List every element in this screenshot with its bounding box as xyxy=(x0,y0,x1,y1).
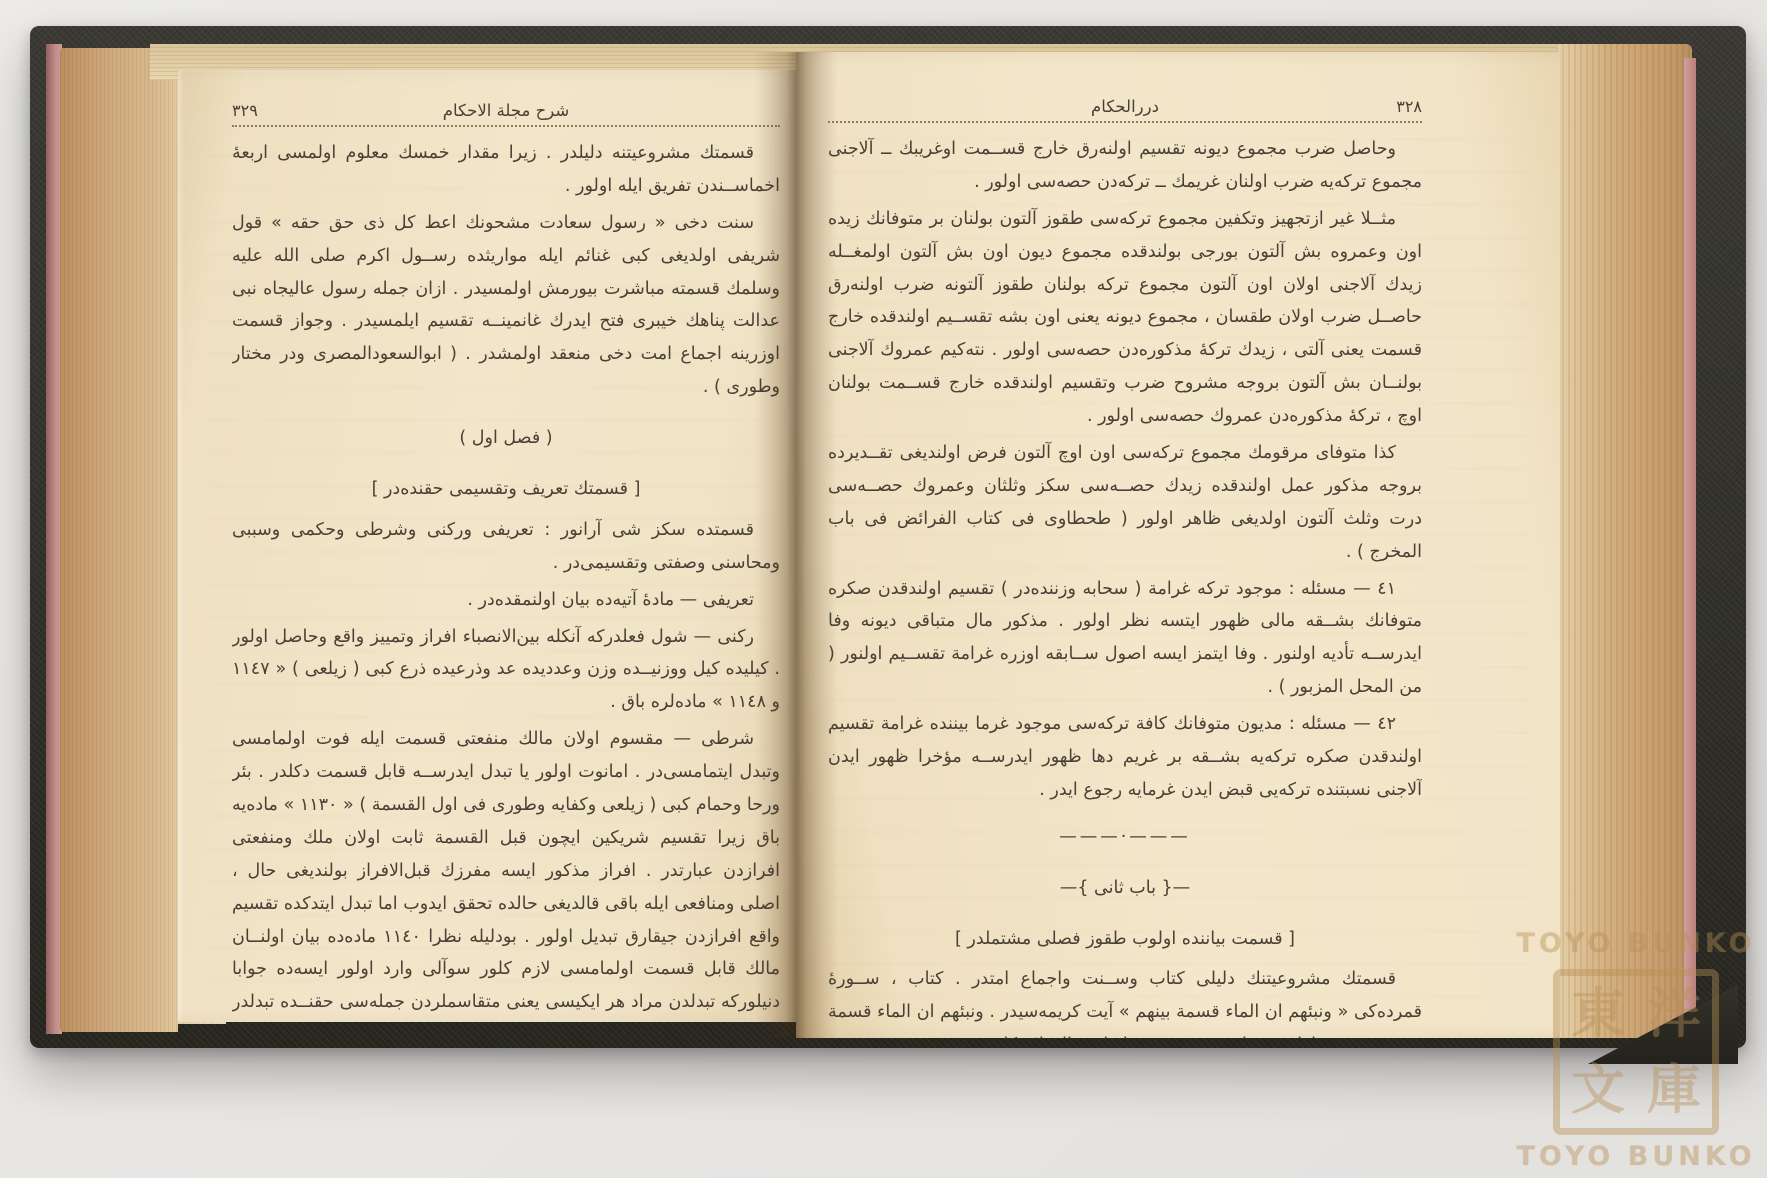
paragraph: مثــلا غير ازتجهيز وتكفين مجموع تركه‌سى … xyxy=(828,203,1422,433)
right-page-content: دررالحكام ٣٢٨ وحاصل ضرب مجموع ديونه تقسي… xyxy=(828,88,1422,1028)
left-page-body: قسمتك مشروعيتنه دليلدر . زيرا مقدار خمسك… xyxy=(232,137,780,1022)
paragraph: سنت دخى « رسول سعادت مشحونك اعط كل ذى حق… xyxy=(232,207,780,404)
watermark-bottom-text: TOYO BUNKO xyxy=(1511,1141,1761,1172)
section-heading: —{ باب ثانى }— xyxy=(828,872,1422,905)
right-page-header: دررالحكام ٣٢٨ xyxy=(828,88,1422,123)
paragraph: شرطى — مقسوم اولان مالك منفعتى قسمت ايله… xyxy=(232,723,780,1022)
section-heading: [ قسمت بياننده اولوب طقوز فصلى مشتملدر ] xyxy=(828,923,1422,956)
paragraph: قسمتك مشروعيتنه دليلدر . زيرا مقدار خمسك… xyxy=(232,137,780,203)
left-page-content: ٣٢٩ شرح مجلة الاحكام قسمتك مشروعيتنه دلي… xyxy=(232,92,780,1012)
right-page-edge-tint xyxy=(1684,58,1696,1032)
paragraph: ركنى — شول فعلدركه آنكله بين‌الانصباء اف… xyxy=(232,621,780,720)
right-page-stack xyxy=(1556,44,1692,1038)
left-page: ٣٢٩ شرح مجلة الاحكام قسمتك مشروعيتنه دلي… xyxy=(178,70,796,1022)
left-page-number: ٣٢٩ xyxy=(232,101,302,120)
section-divider: ———·——— xyxy=(828,821,1422,854)
paragraph: كذا متوفاى مرقومك مجموع تركه‌سى اون اوچ … xyxy=(828,437,1422,569)
paragraph: ٤١ — مسئله : موجود تركه غرامة ( سحابه وز… xyxy=(828,573,1422,705)
left-page-stack xyxy=(60,48,178,1032)
paragraph: قسمتك مشروعيتنك دليلى كتاب وســنت واجماع… xyxy=(828,963,1422,1038)
left-running-title: شرح مجلة الاحكام xyxy=(302,101,710,120)
photo-of-open-book: ٣٢٩ شرح مجلة الاحكام قسمتك مشروعيتنه دلي… xyxy=(0,0,1767,1178)
right-page: دررالحكام ٣٢٨ وحاصل ضرب مجموع ديونه تقسي… xyxy=(796,52,1560,1038)
paragraph: ٤٢ — مسئله : مديون متوفانك كافة تركه‌سى … xyxy=(828,708,1422,807)
section-heading: ( فصل اول ) xyxy=(232,422,780,455)
left-page-header: ٣٢٩ شرح مجلة الاحكام xyxy=(232,92,780,127)
right-page-number: ٣٢٨ xyxy=(1352,97,1422,116)
paragraph: تعريفى — مادهٔ آتيه‌ده بيان اولنمقده‌در … xyxy=(232,584,780,617)
right-running-title: دررالحكام xyxy=(898,97,1352,116)
section-heading: [ قسمتك تعريف وتقسيمى حقنده‌در ] xyxy=(232,473,780,506)
paragraph: وحاصل ضرب مجموع ديونه تقسيم اولنه‌رق خار… xyxy=(828,133,1422,199)
paragraph: قسمتده سكز شى آرانور : تعريفى وركنى وشرط… xyxy=(232,514,780,580)
right-page-body: وحاصل ضرب مجموع ديونه تقسيم اولنه‌رق خار… xyxy=(828,133,1422,1038)
